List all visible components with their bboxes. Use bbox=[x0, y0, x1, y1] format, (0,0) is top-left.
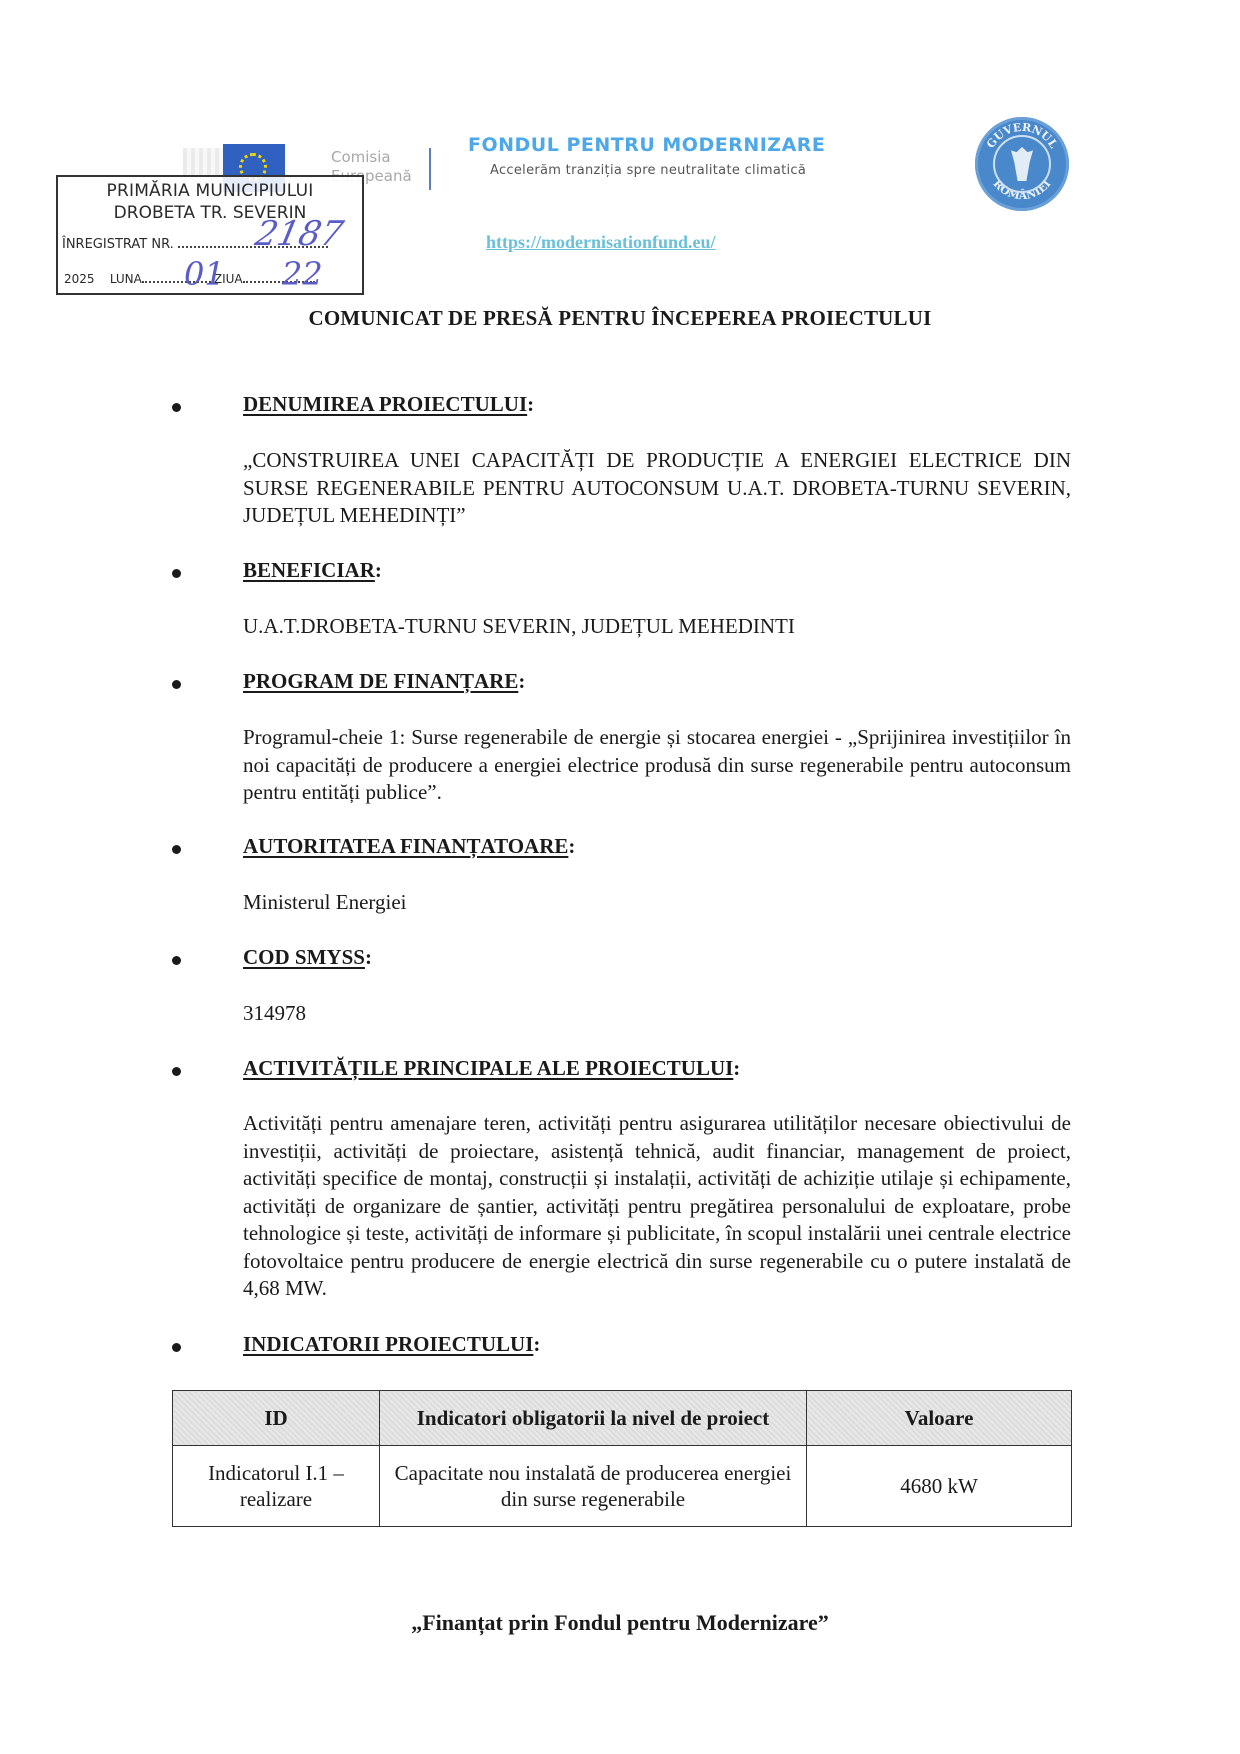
table-row: Indicatorul I.1 – realizare Capacitate n… bbox=[173, 1446, 1072, 1527]
logo-divider bbox=[429, 148, 431, 190]
bullet-icon bbox=[172, 569, 181, 578]
bullet-icon bbox=[172, 956, 181, 965]
column-header-value: Valoare bbox=[807, 1391, 1072, 1446]
bullet-icon bbox=[172, 845, 181, 854]
section-heading-beneficiary: BENEFICIAR: bbox=[243, 558, 382, 583]
bullet-icon bbox=[172, 403, 181, 412]
cell-indicator-id: Indicatorul I.1 – realizare bbox=[173, 1446, 380, 1527]
column-header-id: ID bbox=[173, 1391, 380, 1446]
section-heading-funding-program: PROGRAM DE FINANȚARE: bbox=[243, 669, 525, 694]
document-title: COMUNICAT DE PRESĂ PENTRU ÎNCEPEREA PROI… bbox=[0, 306, 1240, 331]
smyss-code: 314978 bbox=[243, 1000, 1071, 1028]
guvernul-romaniei-seal-icon: GUVERNUL ROMÂNIEI bbox=[975, 117, 1069, 211]
project-name: „CONSTRUIREA UNEI CAPACITĂȚI DE PRODUCȚI… bbox=[243, 447, 1071, 530]
cell-indicator-value: 4680 kW bbox=[807, 1446, 1072, 1527]
column-header-indicator: Indicatori obligatorii la nivel de proie… bbox=[380, 1391, 807, 1446]
funding-footer: „Finanțat prin Fondul pentru Modernizare… bbox=[0, 1610, 1240, 1636]
handwritten-day: 22 bbox=[282, 255, 323, 293]
main-activities: Activități pentru amenajare teren, activ… bbox=[243, 1110, 1071, 1303]
fund-website-link[interactable]: https://modernisationfund.eu/ bbox=[486, 232, 716, 253]
fund-subtitle: Accelerăm tranziția spre neutralitate cl… bbox=[490, 163, 806, 178]
bullet-icon bbox=[172, 680, 181, 689]
bullet-icon bbox=[172, 1067, 181, 1076]
section-heading-indicators: INDICATORII PROIECTULUI: bbox=[243, 1332, 540, 1357]
indicators-table: ID Indicatori obligatorii la nivel de pr… bbox=[172, 1390, 1072, 1527]
registration-stamp: PRIMĂRIA MUNICIPIULUI DROBETA TR. SEVERI… bbox=[56, 175, 364, 295]
funding-program: Programul-cheie 1: Surse regenerabile de… bbox=[243, 724, 1071, 807]
section-heading-main-activities: ACTIVITĂȚILE PRINCIPALE ALE PROIECTULUI: bbox=[243, 1056, 740, 1081]
funding-authority: Ministerul Energiei bbox=[243, 889, 1071, 917]
section-heading-project-name: DENUMIREA PROIECTULUI: bbox=[243, 392, 534, 417]
cell-indicator-description: Capacitate nou instalată de producerea e… bbox=[380, 1446, 807, 1527]
bullet-icon bbox=[172, 1343, 181, 1352]
handwritten-month: 01 bbox=[184, 255, 225, 293]
table-header-row: ID Indicatori obligatorii la nivel de pr… bbox=[173, 1391, 1072, 1446]
section-heading-smyss-code: COD SMYSS: bbox=[243, 945, 372, 970]
section-heading-funding-authority: AUTORITATEA FINANȚATOARE: bbox=[243, 834, 575, 859]
handwritten-registration-number: 2187 bbox=[252, 214, 347, 254]
stamp-institution: PRIMĂRIA MUNICIPIULUI bbox=[58, 181, 362, 201]
beneficiary: U.A.T.DROBETA-TURNU SEVERIN, JUDEȚUL MEH… bbox=[243, 613, 1071, 641]
fund-title: FONDUL PENTRU MODERNIZARE bbox=[468, 134, 825, 156]
